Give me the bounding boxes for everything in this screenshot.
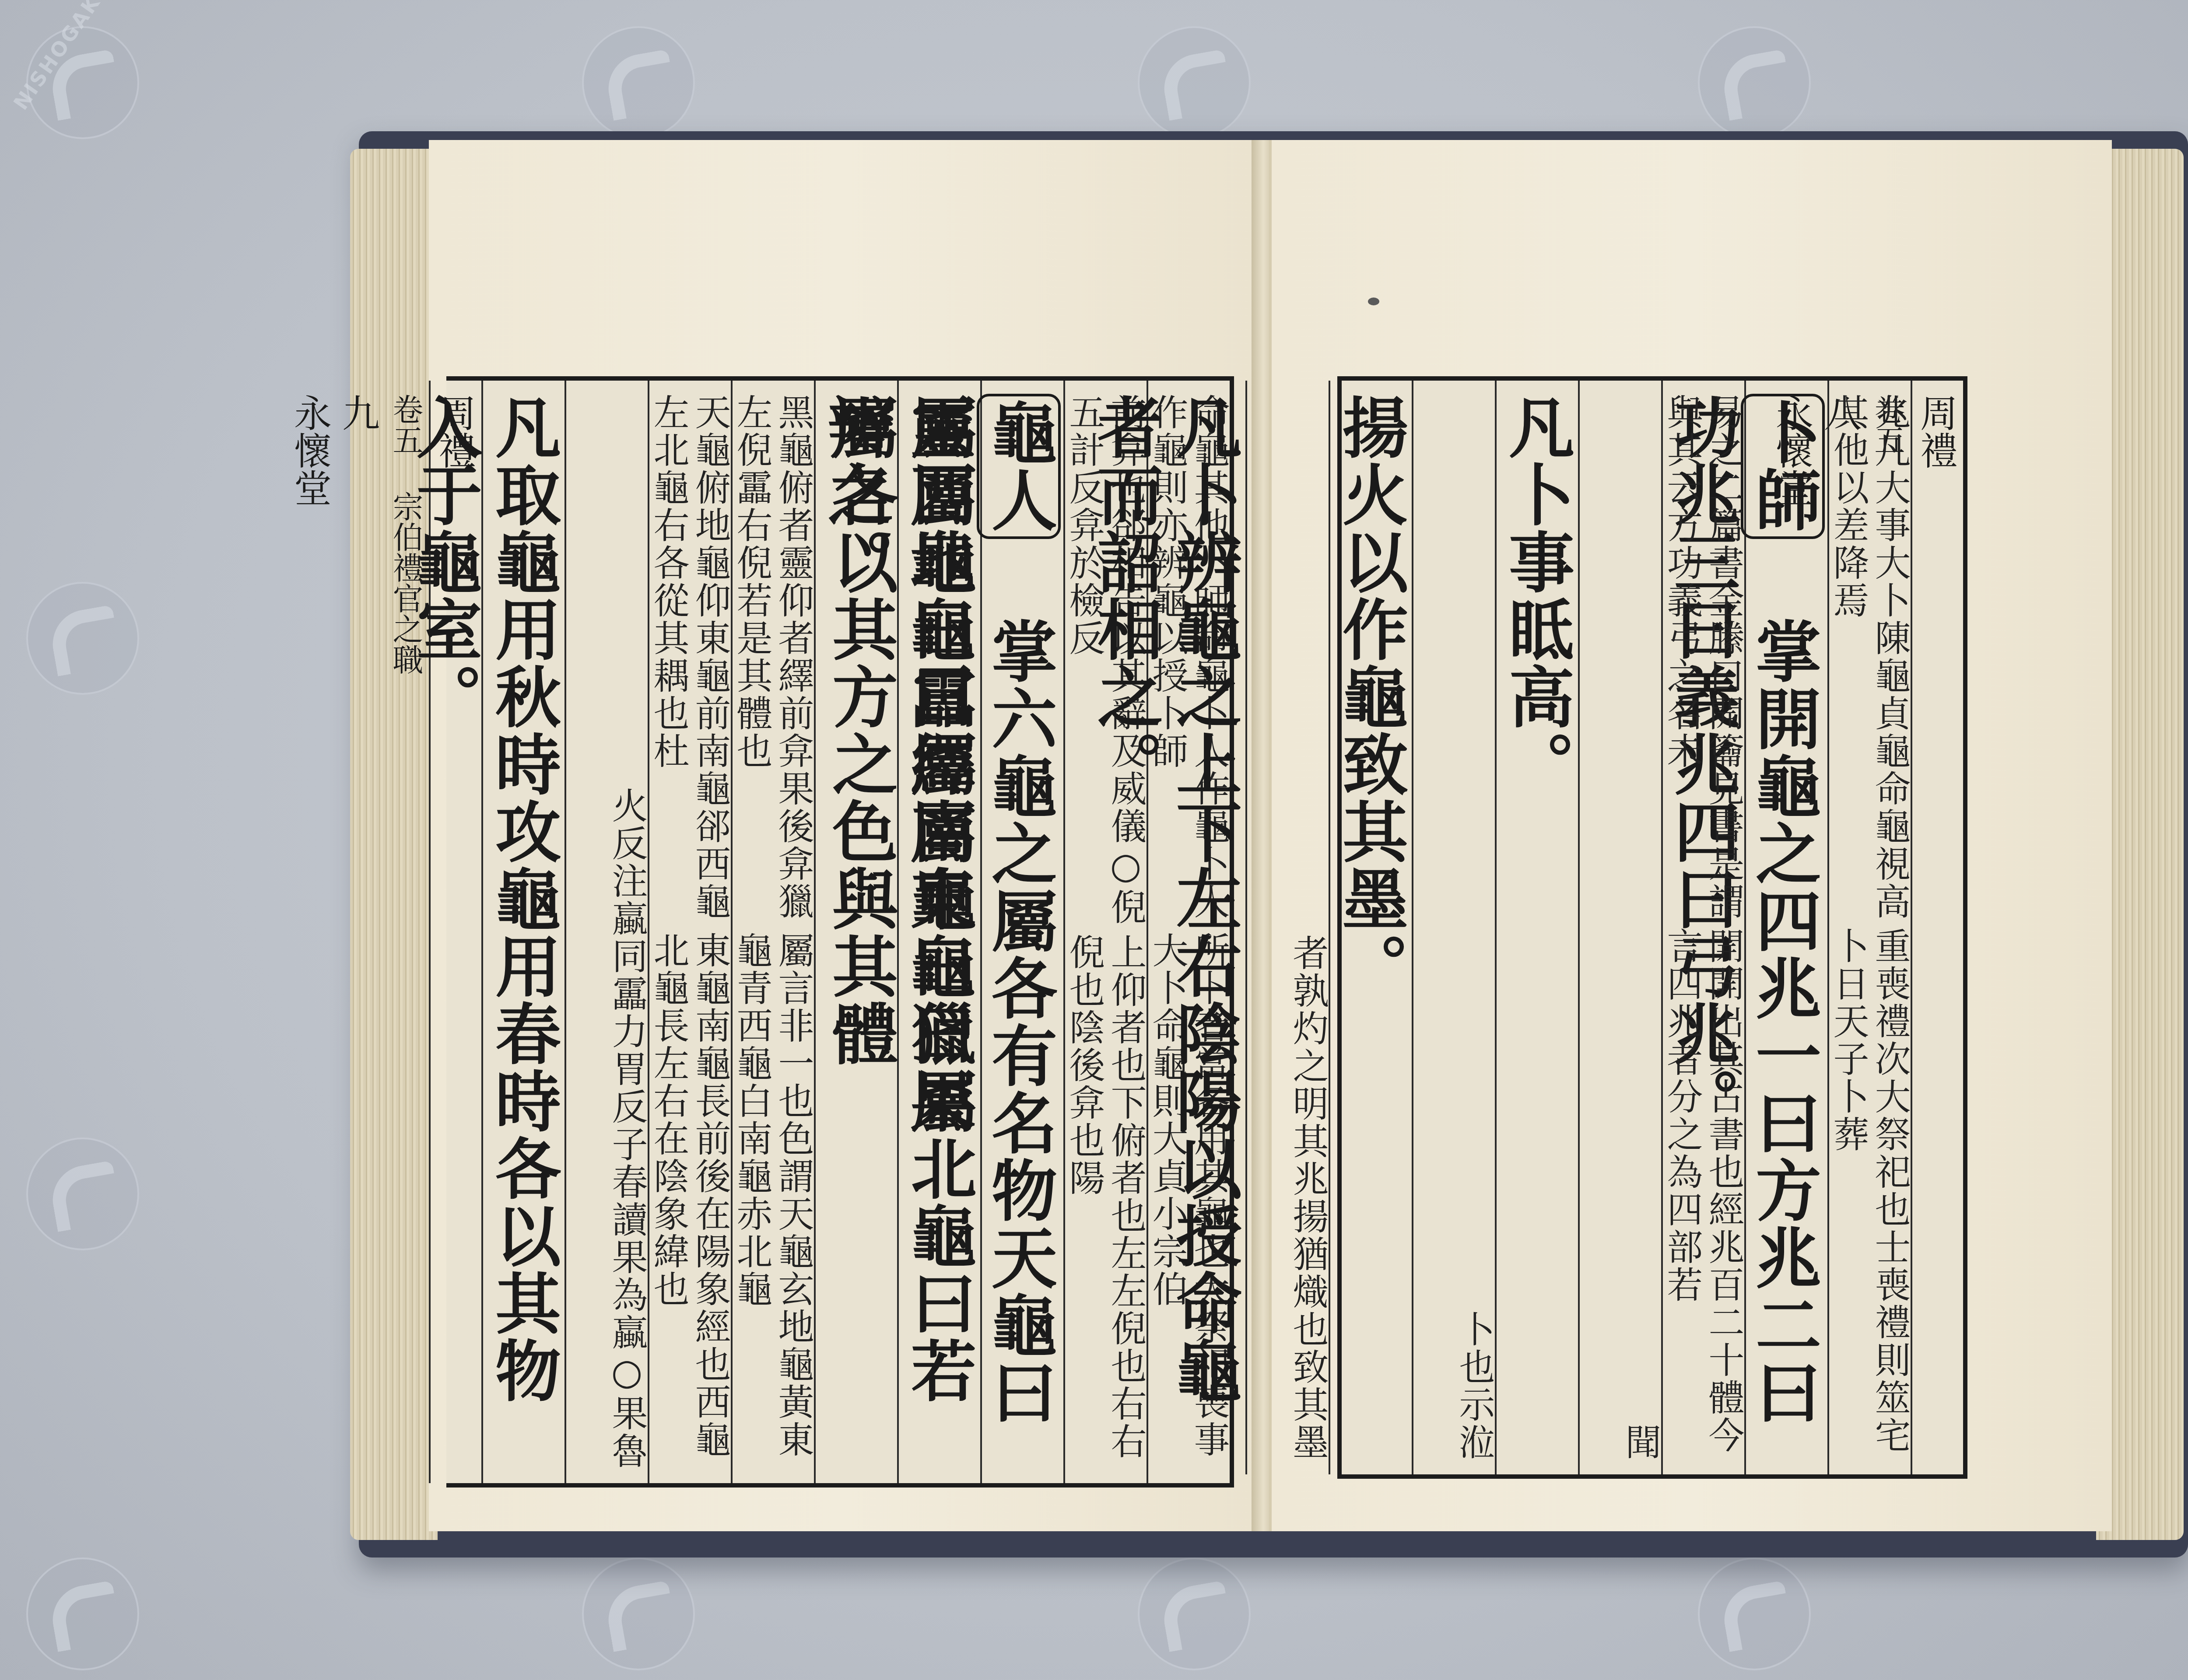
- commentary-line: 天龜俯地龜仰東龜前南龜郤西龜左北龜右各從其耦也杜: [689, 394, 731, 932]
- commentary-line: 黑龜俯者靈仰者繹前弇果後弇獵左倪靁右倪若是其體也: [772, 394, 814, 932]
- main-text-column: 揚火以作龜致其墨。: [1329, 381, 1412, 1474]
- commentary-line: 示涖: [1453, 1386, 1495, 1461]
- block-heart-margin: 周禮 卷五 八 永懷堂: [1911, 381, 1963, 1474]
- watermark-logo: [26, 582, 139, 695]
- book-title: 周禮: [1911, 394, 1960, 1461]
- main-text-column: 卜師 掌開龜之四兆一曰方兆二曰功兆三曰義兆四曰弓兆。: [1744, 381, 1827, 1474]
- left-page: 所卜者當各用其龜也大祭祀喪事大卜命龜則大貞小宗伯 命龜其他卜師命龜卜人作龜卜人作…: [429, 140, 1263, 1531]
- watermark-logo: [582, 1557, 695, 1670]
- commentary-line: 兆凡大事大卜陳龜貞龜命龜視高其他以差降焉: [1869, 394, 1911, 927]
- main-text-column: 凡取龜用秋時攻龜用春時各以其物入于龜室。: [481, 381, 565, 1483]
- commentary-column: 東龜南龜長前後在陽象經也西龜北龜長左右在陰象緯也 天龜俯地龜仰東龜前南龜郤西龜左…: [648, 381, 731, 1483]
- commentary-line: 重喪禮次大祭祀也士喪禮則筮宅卜日天子卜葬: [1869, 927, 1911, 1461]
- commentary-line: 上仰者也下俯者也左左倪也右右倪也陰後弇也陽: [1105, 934, 1147, 1470]
- publisher-mark: 永懷堂: [285, 394, 333, 1470]
- watermark-logo: [1138, 26, 1251, 139]
- commentary-line: 開開出其占書也經兆百二十體今言四兆者分之為四部若: [1703, 927, 1744, 1461]
- commentary-line: 易之二篇書金縢曰開籥見書是謂與其云方功義弓之名未: [1703, 394, 1744, 927]
- page-number: 九: [333, 394, 382, 1470]
- commentary-column: 聞: [1578, 381, 1661, 1474]
- right-page: 周禮 卷五 八 永懷堂 重喪禮次大祭祀也士喪禮則筮宅卜日天子卜葬 兆凡大事大卜陳…: [1269, 140, 2112, 1531]
- commentary-column: 子春讀果為蠃○果魯 火反注蠃同靁力胃反: [565, 381, 648, 1483]
- main-text-column: 屬西龜曰靁屬南龜曰獵屬北龜曰若屬各以其方之色與其體: [897, 381, 980, 1483]
- watermark-logo: [26, 1557, 139, 1670]
- right-page-frame: 周禮 卷五 八 永懷堂 重喪禮次大祭祀也士喪禮則筮宅卜日天子卜葬 兆凡大事大卜陳…: [1337, 376, 1967, 1479]
- section-heading-box: 龜人: [977, 394, 1061, 539]
- commentary-line: 聞: [1620, 1424, 1661, 1461]
- watermark-logo: [582, 26, 695, 139]
- main-text-column: 凡卜辨龜之上下左右陰陽以授命龜者而詔相之。: [1162, 381, 1245, 1474]
- commentary-column: 重喪禮次大祭祀也士喪禮則筮宅卜日天子卜葬 兆凡大事大卜陳龜貞龜命龜視高其他以差降…: [1827, 381, 1911, 1474]
- section-heading: 龜人: [980, 399, 1057, 534]
- commentary-column: 揚猶熾也致其墨 者孰灼之明其兆: [1245, 381, 1329, 1474]
- open-book: 所卜者當各用其龜也大祭祀喪事大卜命龜則大貞小宗伯 命龜其他卜師命龜卜人作龜卜人作…: [359, 131, 2188, 1557]
- commentary-column: 開開出其占書也經兆百二十體今言四兆者分之為四部若 易之二篇書金縢曰開籥見書是謂與…: [1661, 381, 1744, 1474]
- ink-spot: [1368, 297, 1379, 305]
- watermark-logo: [26, 1137, 139, 1250]
- commentary-column: 屬言非一也色謂天龜玄地龜黃東龜青西龜白南龜赤北龜 黑龜俯者靈仰者繹前弇果後弇獵左…: [731, 381, 814, 1483]
- watermark-logo: [1698, 26, 1811, 139]
- section-heading-box: 卜師: [1741, 394, 1825, 539]
- commentary-line: 東龜南龜長前後在陽象經也西龜北龜長左右在陰象緯也: [689, 932, 731, 1470]
- commentary-line: 揚猶熾也致其墨: [1287, 1198, 1329, 1461]
- main-text-column: 龜人 掌六龜之屬各有名物天龜曰靈屬地龜曰繹屬東龜曰果: [980, 381, 1063, 1483]
- commentary-line: 屬言非一也色謂天龜玄地龜黃東龜青西龜白南龜赤北龜: [772, 932, 814, 1470]
- commentary-line: 者孰灼之明其兆: [1287, 934, 1329, 1198]
- commentary-line: 卜也: [1453, 1311, 1495, 1386]
- commentary-line: 子春讀果為蠃○果魯: [606, 1126, 648, 1470]
- commentary-line: 火反注蠃同靁力胃反: [606, 787, 648, 1126]
- main-text-column: 凡卜事眡高。: [1495, 381, 1578, 1474]
- section-heading: 卜師: [1744, 399, 1821, 534]
- watermark-logo: [1698, 1557, 1811, 1670]
- main-text-column: 辨之。: [814, 381, 897, 1483]
- commentary-column: 示涖 卜也: [1412, 381, 1495, 1474]
- watermark-logo: [1138, 1557, 1251, 1670]
